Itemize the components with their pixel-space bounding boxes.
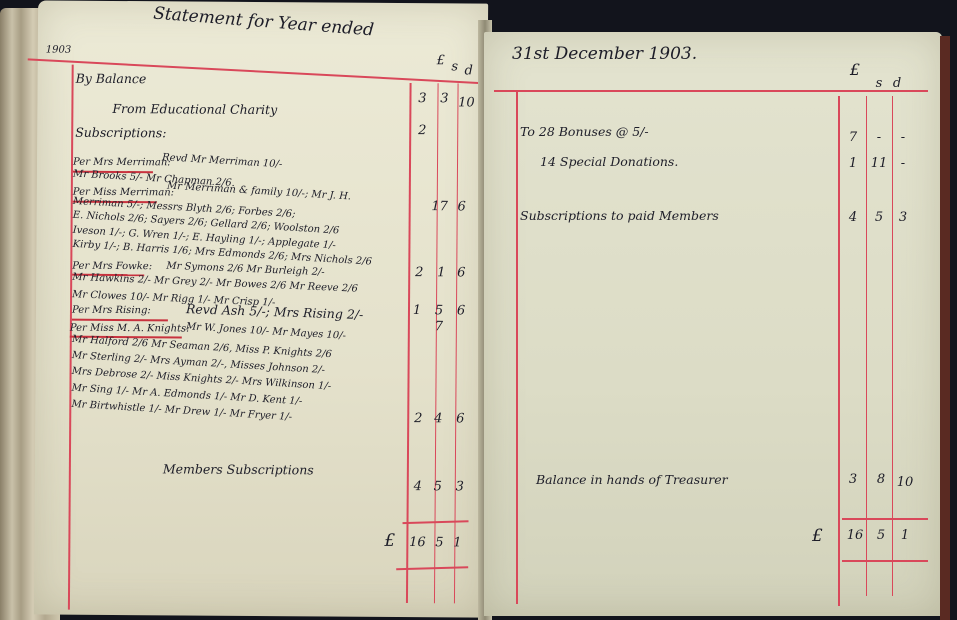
- amount-d: 10: [455, 95, 477, 110]
- amount-s: 8: [870, 472, 892, 487]
- amount-s: -: [868, 130, 890, 145]
- total-l: 16: [406, 535, 428, 550]
- entry-special-donations: 14 Special Donations.: [540, 154, 678, 169]
- total-s: 5: [870, 528, 892, 543]
- amount-l: 2: [411, 123, 433, 138]
- shillings-column-rule: [434, 83, 439, 603]
- group-subtotal-d: 6: [449, 411, 471, 426]
- left-margin-rule: [516, 92, 518, 604]
- entry-subscriptions-paid: Subscriptions to paid Members: [520, 208, 719, 223]
- pounds-column-rule: [838, 96, 840, 606]
- entry-bonuses: To 28 Bonuses @ 5/-: [520, 124, 649, 139]
- subscriber-line: Revd Mr Merriman 10/-: [162, 152, 283, 170]
- group-subtotal-s: 4: [427, 411, 449, 426]
- amount-d: -: [892, 156, 914, 171]
- amount-d: 6: [450, 303, 472, 318]
- ledger-left-page: Statement for Year ended 1903 £ s d By B…: [34, 0, 488, 617]
- statement-date: 31st December 1903.: [512, 44, 697, 64]
- amount-s: 5: [868, 210, 890, 225]
- amount-l: 4: [842, 210, 864, 225]
- statement-title: Statement for Year ended: [153, 4, 375, 41]
- subscriber-line: Revd Ash 5/-; Mrs Rising 2/-: [186, 301, 364, 322]
- total-rule-bottom: [842, 560, 928, 562]
- total-rule-top: [403, 520, 469, 524]
- header-pence: d: [886, 76, 908, 91]
- amount-l: 1: [406, 303, 428, 318]
- total-d: 1: [894, 528, 916, 543]
- collector-mrs-merriman: Per Mrs Merriman:: [73, 157, 171, 169]
- members-subscriptions-label: Members Subscriptions: [163, 461, 314, 477]
- total-symbol: £: [812, 526, 823, 546]
- entry-subscriptions: Subscriptions:: [75, 125, 166, 141]
- entry-by-balance: By Balance: [76, 71, 147, 86]
- amount-s: 7: [428, 319, 450, 334]
- amount-l: 3: [411, 91, 433, 106]
- entry-balance-treasurer: Balance in hands of Treasurer: [536, 472, 728, 487]
- amount-d: 3: [892, 210, 914, 225]
- ledger-right-page: 31st December 1903. £ s d To 28 Bonuses …: [484, 32, 942, 616]
- pence-column-rule: [892, 96, 893, 596]
- collector-mrs-rising: Per Mrs Rising:: [72, 305, 151, 317]
- amount-d: 6: [450, 265, 472, 280]
- total-l: 16: [844, 528, 866, 543]
- amount-s: 17: [429, 199, 451, 214]
- header-rule: [494, 90, 928, 92]
- total-d: 1: [446, 535, 468, 550]
- pence-column-rule: [454, 83, 459, 603]
- header-pounds: £: [844, 60, 866, 79]
- collector-miss-knights: Per Miss M. A. Knights:: [70, 323, 190, 335]
- pounds-column-rule: [406, 83, 412, 603]
- underline: [72, 319, 168, 322]
- collector-mrs-fowke: Per Mrs Fowke:: [72, 261, 152, 273]
- entry-educational-charity: From Educational Charity: [112, 101, 277, 117]
- amount-d: 6: [451, 199, 473, 214]
- subscriber-line: Mr Merriman & family 10/-; Mr J. H.: [167, 181, 352, 203]
- amount-d: 10: [894, 475, 916, 490]
- total-symbol: £: [384, 531, 395, 551]
- amount-s: 11: [868, 156, 890, 171]
- amount-d: 3: [449, 479, 471, 494]
- subscriber-line: Mr W. Jones 10/- Mr Mayes 10/-: [186, 321, 347, 341]
- shillings-column-rule: [866, 96, 867, 596]
- total-rule-top: [842, 518, 928, 520]
- amount-l: 7: [842, 130, 864, 145]
- amount-d: -: [892, 130, 914, 145]
- group-subtotal-l: 2: [407, 411, 429, 426]
- amount-l: 3: [842, 472, 864, 487]
- amount-l: 4: [407, 479, 429, 494]
- year-margin: 1903: [46, 44, 72, 55]
- amount-s: 1: [430, 265, 452, 280]
- header-pence: d: [458, 63, 480, 78]
- amount-l: 1: [842, 156, 864, 171]
- amount-s: 3: [433, 91, 455, 106]
- amount-s: 5: [427, 479, 449, 494]
- amount-s: 5: [428, 303, 450, 318]
- book-cover-edge: [940, 36, 950, 620]
- amount-l: 2: [408, 265, 430, 280]
